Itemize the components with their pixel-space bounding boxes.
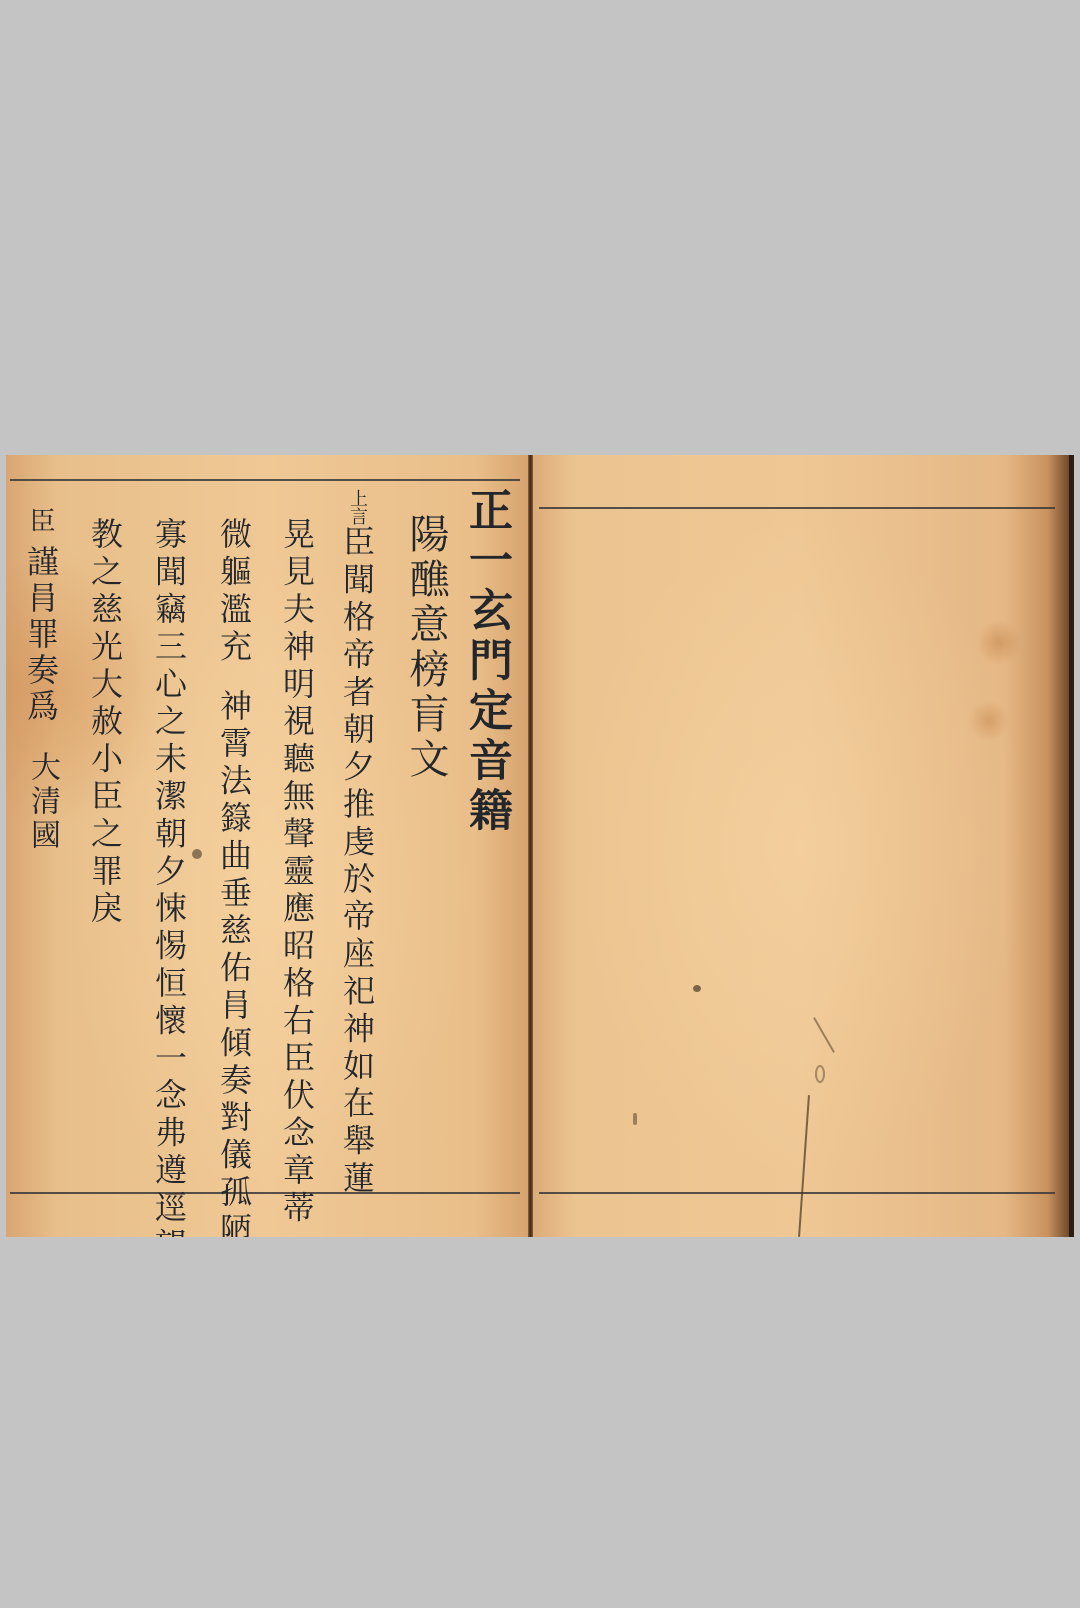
text-column-6-top: 臣 [22,507,59,535]
text-column-1: 上言臣聞格帝者朝夕推虔於帝座祀神如在舉蓮 [334,489,380,1198]
document-subtitle: 陽醮意榜肓文 [398,513,455,783]
text-column-3: 微軀濫充神霄法籙曲垂慈佑肙傾奏對儀孤陋 [211,517,257,1237]
paper-blemish [815,1065,825,1083]
text-column-6: 謹肙罪奏爲 [18,545,64,725]
document-title: 正一玄門定音籍 [454,487,518,837]
left-page: 正一玄門定音籍 陽醮意榜肓文 上言臣聞格帝者朝夕推虔於帝座祀神如在舉蓮 晃見夫神… [6,455,528,1237]
text-column-5: 教之慈光大赦小臣之罪戾 [82,517,128,928]
column-text-b: 神霄法籙曲垂慈佑肙傾奏對儀孤陋 [215,689,253,1237]
right-page [533,455,1069,1237]
text-column-2: 晃見夫神明視聽無聲靈應昭格右臣伏念章蒂 [274,517,320,1228]
paper-blemish [693,985,701,992]
book-spread: 正一玄門定音籍 陽醮意榜肓文 上言臣聞格帝者朝夕推虔於帝座祀神如在舉蓮 晃見夫神… [6,455,1074,1237]
column-text-a: 微軀濫充 [215,517,253,667]
bottom-border-rule [10,1192,520,1194]
bottom-border-rule [539,1192,1055,1194]
text-column-4: 寡聞竊三心之未潔朝夕悚惕恒懷一念弗遵逕望三 [146,517,192,1237]
ink-spot [192,849,202,859]
column-text: 臣聞格帝者朝夕推虔於帝座祀神如在舉蓮 [338,525,376,1198]
paper-crack [813,1017,835,1053]
paper-blemish [633,1113,637,1125]
paper-crack [798,1095,810,1237]
text-column-6-dynasty: 大清國 [20,751,64,853]
top-border-rule [539,507,1055,509]
top-border-rule [10,479,520,481]
document-viewer: 正一玄門定音籍 陽醮意榜肓文 上言臣聞格帝者朝夕推虔於帝座祀神如在舉蓮 晃見夫神… [0,0,1080,1608]
raised-honorific: 上言 [344,489,370,525]
